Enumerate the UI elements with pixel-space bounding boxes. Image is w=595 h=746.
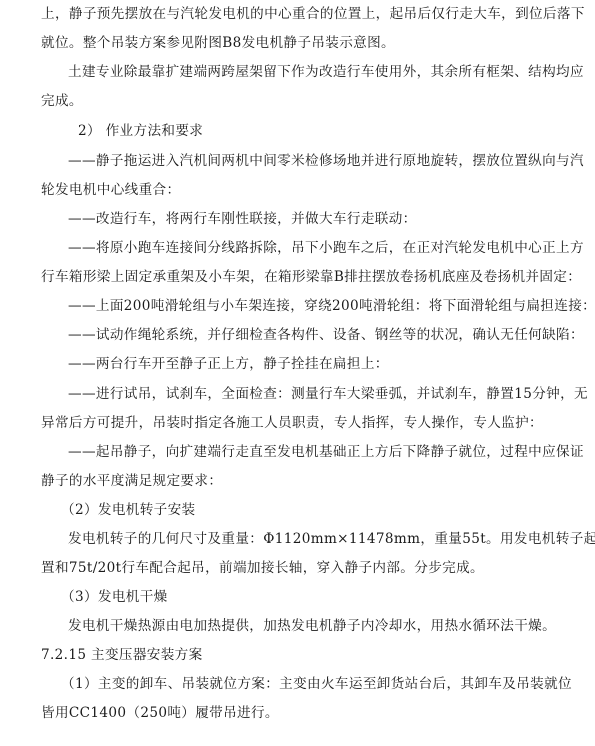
text-line: 行车箱形梁上固定承重架及小车架，在箱形梁靠B排拄摆放卷扬机底座及卷扬机并固定： [41,263,581,291]
text-line: ——进行试吊，试刹车，全面检查：测量行车大梁垂弧，并试刹车，静置15分钟，无 [68,380,588,408]
text-line: 异常后方可提升，吊装时指定各施工人员职责，专人指挥，专人操作，专人监护： [41,409,543,437]
text-line: 静子的水平度满足规定要求： [41,467,222,495]
text-line: ——改造行车，将两行车刚性联接，并做大车行走联动： [68,205,417,233]
text-line: 发电机干燥热源由电加热提供，加热发电机静子内冷却水，用热水循环法干燥。 [68,612,556,640]
text-line: 7.2.15 主变压器安装方案 [41,641,203,669]
text-line: ——静子拖运进入汽机间两机中间零米检修场地并进行原地旋转，摆放位置纵向与汽 [68,147,584,175]
text-line: ——两台行车开至静子正上方，静子拴挂在扁担上： [68,350,389,378]
text-line: 土建专业除最靠扩建端两跨屋架留下作为改造行车使用外，其余所有框架、结构均应 [68,58,584,86]
text-line: 2） 作业方法和要求 [78,117,203,145]
text-line: （1）主变的卸车、吊装就位方案：主变由火车运至卸货站台后，其卸车及吊装就位 [61,670,572,698]
text-line: 轮发电机中心线重合： [41,176,180,204]
text-line: （3）发电机干燥 [61,583,168,611]
text-line: 上，静子预先摆放在与汽轮发电机的中心重合的位置上，起吊后仅行走大车，到位后落下 [41,0,585,28]
text-line: 皆用CC1400（250吨）履带吊进行。 [41,699,279,727]
text-line: 完成。 [41,87,83,115]
text-line: ——试动作绳轮系统，并仔细检查各构件、设备、钢丝等的状况，确认无任何缺陷： [68,321,584,349]
text-line: 置和75t/20t行车配合起吊，前端加接长轴，穿入静子内部。分步完成。 [41,554,484,582]
text-line: ——将原小跑车连接间分线路拆除，吊下小跑车之后，在正对汽轮发电机中心正上方 [68,234,584,262]
text-line: 发电机转子的几何尺寸及重量：Φ1120mm×11478mm，重量55t。用发电机… [68,525,595,553]
text-line: ——起吊静子，向扩建端行走直至发电机基础正上方后下降静子就位，过程中应保证 [68,438,584,466]
text-line: ——上面200吨滑轮组与小车架连接，穿绕200吨滑轮组：将下面滑轮组与扁担连接： [68,292,595,320]
text-line: （2）发电机转子安装 [61,496,196,524]
text-line: 就位。整个吊装方案参见附图B8发电机静子吊装示意图。 [41,29,395,57]
